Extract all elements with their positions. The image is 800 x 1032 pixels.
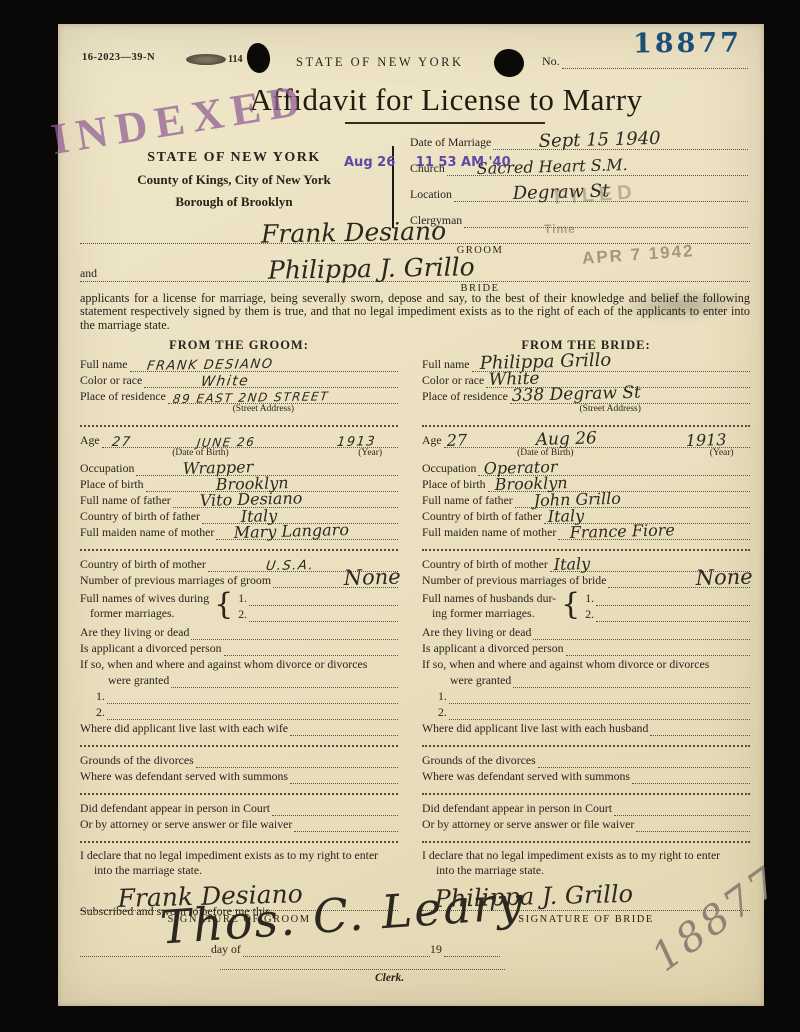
field-label: Or by attorney or serve answer or file w… bbox=[80, 817, 294, 832]
field-label: Country of birth of mother bbox=[80, 557, 208, 572]
bride-divorced-row: Is applicant a divorced person bbox=[422, 640, 750, 656]
clerk-caption: Clerk. bbox=[375, 972, 510, 984]
dotted-line: 27 Aug 26 1913 bbox=[444, 447, 750, 448]
groom-father-country-row: Country of birth of father Italy bbox=[80, 508, 398, 524]
field-label: Where was defendant served with summons bbox=[422, 769, 632, 784]
groom-race-row: Color or race White bbox=[80, 372, 398, 388]
year-caption: (Year) bbox=[710, 448, 734, 460]
item-number: 2. bbox=[585, 607, 596, 622]
field-label: Is applicant a divorced person bbox=[80, 641, 224, 656]
dotted-line bbox=[533, 639, 750, 640]
groom-age-row: Age 27 JUNE 26 1913 bbox=[80, 432, 398, 448]
field-label: Grounds of the divorces bbox=[80, 753, 196, 768]
dotted-line bbox=[272, 815, 398, 816]
dotted-divider bbox=[80, 832, 398, 843]
state-of-new-york-heading: STATE OF NEW YORK bbox=[296, 55, 464, 70]
dotted-line bbox=[294, 831, 398, 832]
field-label: Color or race bbox=[422, 373, 486, 388]
dotted-line: 89 EAST 2ND STREET bbox=[168, 403, 398, 404]
dotted-line: Mary Langaro bbox=[216, 539, 398, 540]
field-value: Sept 15 1940 bbox=[539, 128, 661, 152]
item-number: 2. bbox=[238, 607, 249, 622]
dotted-divider bbox=[422, 416, 750, 427]
field-label: Or by attorney or serve answer or file w… bbox=[422, 817, 636, 832]
groom-declaration-line-2: into the marriage state. bbox=[80, 863, 398, 878]
license-number-stamp: 18877 bbox=[633, 28, 742, 60]
former-husbands-items: 1. 2. bbox=[585, 589, 750, 623]
groom-court-row: Did defendant appear in person in Court bbox=[80, 800, 398, 816]
bride-column: FROM THE BRIDE: Full name Philippa Grill… bbox=[422, 338, 750, 930]
field-label: If so, when and where and against whom d… bbox=[422, 657, 711, 672]
dotted-line bbox=[107, 719, 398, 720]
bride-full-name-row: Full name Philippa Grillo bbox=[422, 356, 750, 372]
dotted-divider bbox=[422, 736, 750, 747]
dotted-line: Sacred Heart S.M. bbox=[447, 175, 748, 176]
dotted-line bbox=[243, 956, 430, 957]
jurisdiction-county: County of Kings, City of New York bbox=[94, 172, 374, 188]
groom-previous-marriages-row: Number of previous marriages of groom No… bbox=[80, 572, 398, 588]
marriage-details-block: Date of Marriage Sept 15 1940 Church Sac… bbox=[410, 124, 748, 228]
dotted-line bbox=[290, 783, 398, 784]
bride-were-granted-row: were granted bbox=[422, 672, 750, 688]
received-date-stamp: Aug 26 11 53 AM '40 bbox=[344, 155, 511, 170]
dotted-divider bbox=[422, 540, 750, 551]
former-wives-label: Full names of wives during former marria… bbox=[80, 589, 209, 623]
field-value: White bbox=[200, 373, 250, 390]
field-label: Place of residence bbox=[422, 389, 510, 404]
field-label: Where did applicant live last with each … bbox=[422, 721, 650, 736]
item-row-1: 1. bbox=[238, 590, 398, 606]
field-label: Country of birth of father bbox=[80, 509, 202, 524]
age-value: 27 bbox=[446, 430, 467, 450]
dob-value: Aug 26 bbox=[535, 428, 597, 450]
item-number: 1. bbox=[96, 689, 107, 704]
bride-summons-row: Where was defendant served with summons bbox=[422, 768, 750, 784]
field-value: 338 Degraw St bbox=[512, 383, 642, 406]
bride-ifso-row: If so, when and where and against whom d… bbox=[422, 656, 750, 672]
jurisdiction-borough: Borough of Brooklyn bbox=[94, 194, 374, 210]
union-bug-number: 114 bbox=[228, 54, 242, 65]
clerk-signature-line bbox=[220, 967, 505, 970]
dotted-line bbox=[449, 719, 750, 720]
dotted-line bbox=[538, 767, 750, 768]
field-label: Date of Marriage bbox=[410, 135, 493, 150]
label-line-2: ing former marriages. bbox=[422, 606, 556, 621]
dotted-line bbox=[249, 621, 398, 622]
field-label: Country of birth of father bbox=[422, 509, 544, 524]
dotted-line bbox=[249, 605, 398, 606]
bride-residence-row: Place of residence 338 Degraw St bbox=[422, 388, 750, 404]
no-label: No. bbox=[542, 54, 562, 69]
dotted-line: 27 JUNE 26 1913 bbox=[102, 447, 398, 448]
groom-divorce-item-2: 2. bbox=[80, 704, 398, 720]
field-value: None bbox=[695, 565, 753, 590]
field-label: Did defendant appear in person in Court bbox=[80, 801, 272, 816]
field-label: Full name of father bbox=[422, 493, 515, 508]
groom-full-name-row: Full name FRANK DESIANO bbox=[80, 356, 398, 372]
year-value: 1913 bbox=[685, 430, 726, 450]
groom-divorce-item-1: 1. bbox=[80, 688, 398, 704]
dotted-line bbox=[562, 68, 748, 69]
dotted-line bbox=[513, 687, 750, 688]
item-row-2: 2. bbox=[585, 606, 750, 622]
groom-mother-row: Full maiden name of mother Mary Langaro bbox=[80, 524, 398, 540]
field-label: If so, when and where and against whom d… bbox=[80, 657, 369, 672]
dotted-line: FRANK DESIANO bbox=[130, 371, 398, 372]
bride-divorce-item-2: 2. bbox=[422, 704, 750, 720]
punch-hole-right bbox=[492, 47, 526, 80]
field-value: Italy bbox=[553, 554, 590, 574]
bride-living-or-dead-row: Are they living or dead bbox=[422, 624, 750, 640]
dotted-divider bbox=[80, 416, 398, 427]
field-label: Grounds of the divorces bbox=[422, 753, 538, 768]
field-label: Place of birth bbox=[80, 477, 146, 492]
bride-age-row: Age 27 Aug 26 1913 bbox=[422, 432, 750, 448]
field-label: Full name bbox=[422, 357, 472, 372]
field-value: France Fiore bbox=[569, 520, 675, 542]
groom-living-or-dead-row: Are they living or dead bbox=[80, 624, 398, 640]
bride-court-row: Did defendant appear in person in Court bbox=[422, 800, 750, 816]
bride-previous-marriages-row: Number of previous marriages of bride No… bbox=[422, 572, 750, 588]
dotted-divider bbox=[80, 784, 398, 795]
groom-were-granted-row: were granted bbox=[80, 672, 398, 688]
groom-declaration-line-1: I declare that no legal impediment exist… bbox=[80, 848, 398, 863]
field-value: U.S.A. bbox=[265, 558, 315, 574]
groom-ifso-row: If so, when and where and against whom d… bbox=[80, 656, 398, 672]
bride-waiver-row: Or by attorney or serve answer or file w… bbox=[422, 816, 750, 832]
bride-occupation-row: Occupation Operator bbox=[422, 460, 750, 476]
field-label: Location bbox=[410, 187, 454, 202]
field-label: Full maiden name of mother bbox=[80, 525, 216, 540]
groom-name-line: Frank Desiano bbox=[80, 217, 750, 244]
dotted-line: White bbox=[144, 387, 398, 388]
field-label: Number of previous marriages of bride bbox=[422, 573, 608, 588]
street-address-caption-row: (Street Address) bbox=[422, 404, 750, 416]
former-husbands-label: Full names of husbands dur- ing former m… bbox=[422, 589, 556, 623]
dotted-line bbox=[107, 703, 398, 704]
label-line-1: Full names of wives during bbox=[80, 591, 209, 606]
item-number: 2. bbox=[96, 705, 107, 720]
dotted-line bbox=[196, 767, 398, 768]
field-label: Place of birth bbox=[422, 477, 488, 492]
field-label: Full name bbox=[80, 357, 130, 372]
groom-column: FROM THE GROOM: Full name FRANK DESIANO … bbox=[80, 338, 398, 930]
field-value: Mary Langaro bbox=[234, 520, 350, 542]
groom-waiver-row: Or by attorney or serve answer or file w… bbox=[80, 816, 398, 832]
field-label: Full name of father bbox=[80, 493, 173, 508]
dotted-line bbox=[632, 783, 750, 784]
received-time: 11 53 AM '40 bbox=[416, 155, 511, 170]
field-label: Where was defendant served with summons bbox=[80, 769, 290, 784]
item-number: 1. bbox=[585, 591, 596, 606]
year-prefix: 19 bbox=[430, 942, 444, 957]
dotted-line bbox=[614, 815, 750, 816]
field-label: Color or race bbox=[80, 373, 144, 388]
dotted-divider bbox=[422, 832, 750, 843]
field-label: Age bbox=[80, 433, 102, 448]
groom-live-last-row: Where did applicant live last with each … bbox=[80, 720, 398, 736]
groom-grounds-row: Grounds of the divorces bbox=[80, 752, 398, 768]
field-label: Is applicant a divorced person bbox=[422, 641, 566, 656]
received-date: Aug 26 bbox=[344, 155, 395, 170]
field-label: Occupation bbox=[422, 461, 478, 476]
and-label: and bbox=[80, 266, 99, 281]
groom-summons-row: Where was defendant served with summons bbox=[80, 768, 398, 784]
dotted-line bbox=[566, 655, 750, 656]
age-value: 27 bbox=[111, 435, 132, 450]
dotted-line bbox=[224, 655, 398, 656]
dotted-line bbox=[444, 956, 500, 957]
dotted-divider bbox=[422, 784, 750, 795]
brace-glyph: { bbox=[561, 589, 580, 623]
item-number: 1. bbox=[438, 689, 449, 704]
bride-father-row: Full name of father John Grillo bbox=[422, 492, 750, 508]
label-line-1: Full names of husbands dur- bbox=[422, 591, 556, 606]
groom-former-wives-block: Full names of wives during former marria… bbox=[80, 589, 398, 623]
jurisdiction-block: STATE OF NEW YORK County of Kings, City … bbox=[94, 150, 374, 210]
field-label: Occupation bbox=[80, 461, 136, 476]
year-caption: (Year) bbox=[358, 448, 382, 460]
bride-mother-row: Full maiden name of mother France Fiore bbox=[422, 524, 750, 540]
field-label: Place of residence bbox=[80, 389, 168, 404]
item-row-1: 1. bbox=[585, 590, 750, 606]
dotted-line: None bbox=[273, 587, 398, 588]
union-bug-icon bbox=[186, 54, 226, 65]
field-label: Number of previous marriages of groom bbox=[80, 573, 273, 588]
bride-name-handwriting: Philippa J. Grillo bbox=[268, 252, 475, 285]
field-label: were granted bbox=[450, 673, 513, 688]
brace-glyph: { bbox=[214, 589, 233, 623]
clerk-attestation-block: Subscribed and sworn to before me this d… bbox=[80, 904, 510, 984]
label-line-2: former marriages. bbox=[80, 606, 209, 621]
groom-section-title: FROM THE GROOM: bbox=[80, 338, 398, 356]
dotted-line bbox=[449, 703, 750, 704]
punch-hole-left bbox=[245, 42, 271, 75]
union-bug: 114 bbox=[186, 54, 242, 65]
dotted-line: 338 Degraw St bbox=[510, 403, 750, 404]
bride-live-last-row: Where did applicant live last with each … bbox=[422, 720, 750, 736]
item-number: 1. bbox=[238, 591, 249, 606]
bride-declaration-line-2: into the marriage state. bbox=[422, 863, 750, 878]
street-address-caption: (Street Address) bbox=[579, 404, 640, 414]
dotted-line: Sept 15 1940 bbox=[493, 149, 748, 150]
bride-grounds-row: Grounds of the divorces bbox=[422, 752, 750, 768]
dotted-line: France Fiore bbox=[558, 539, 750, 540]
oath-paragraph: applicants for a license for marriage, b… bbox=[80, 292, 750, 332]
dotted-line bbox=[636, 831, 750, 832]
field-label: were granted bbox=[108, 673, 171, 688]
street-address-caption: (Street Address) bbox=[233, 404, 294, 414]
dotted-line bbox=[596, 605, 750, 606]
groom-divorced-row: Is applicant a divorced person bbox=[80, 640, 398, 656]
jurisdiction-state: STATE OF NEW YORK bbox=[94, 150, 374, 166]
groom-name-handwriting: Frank Desiano bbox=[261, 216, 447, 248]
dotted-divider bbox=[80, 736, 398, 747]
field-value: None bbox=[343, 565, 401, 590]
dotted-line bbox=[171, 687, 398, 688]
field-label: Country of birth of mother bbox=[422, 557, 550, 572]
dotted-line: None bbox=[608, 587, 750, 588]
affidavit-columns: FROM THE GROOM: Full name FRANK DESIANO … bbox=[80, 338, 750, 930]
bride-declaration-line-1: I declare that no legal impediment exist… bbox=[422, 848, 750, 863]
field-label: Are they living or dead bbox=[422, 625, 533, 640]
former-wives-items: 1. 2. bbox=[238, 589, 398, 623]
item-number: 2. bbox=[438, 705, 449, 720]
affidavit-document: 16-2023—39-N 114 STATE OF NEW YORK No. 1… bbox=[58, 24, 764, 1006]
dotted-line bbox=[650, 735, 750, 736]
field-label: Full maiden name of mother bbox=[422, 525, 558, 540]
bride-divorce-item-1: 1. bbox=[422, 688, 750, 704]
field-value: 89 EAST 2ND STREET bbox=[172, 389, 330, 406]
dotted-line: Vito Desiano bbox=[173, 507, 398, 508]
field-value: FRANK DESIANO bbox=[146, 357, 274, 374]
street-address-caption-row: (Street Address) bbox=[80, 404, 398, 416]
field-label: Did defendant appear in person in Court bbox=[422, 801, 614, 816]
item-row-2: 2. bbox=[238, 606, 398, 622]
groom-residence-row: Place of residence 89 EAST 2ND STREET bbox=[80, 388, 398, 404]
dob-value: JUNE 26 bbox=[196, 435, 256, 450]
field-label: Age bbox=[422, 433, 444, 448]
dotted-line bbox=[80, 956, 211, 957]
year-value: 1913 bbox=[336, 434, 377, 450]
field-label: Are they living or dead bbox=[80, 625, 191, 640]
bride-former-husbands-block: Full names of husbands dur- ing former m… bbox=[422, 589, 750, 623]
form-code: 16-2023—39-N bbox=[82, 52, 155, 63]
date-of-marriage-row: Date of Marriage Sept 15 1940 bbox=[410, 124, 748, 150]
dotted-line bbox=[290, 735, 398, 736]
groom-father-row: Full name of father Vito Desiano bbox=[80, 492, 398, 508]
dotted-line bbox=[191, 639, 398, 640]
dotted-line bbox=[596, 621, 750, 622]
bride-age-captions: (Date of Birth) (Year) bbox=[422, 448, 750, 460]
field-label: Where did applicant live last with each … bbox=[80, 721, 290, 736]
